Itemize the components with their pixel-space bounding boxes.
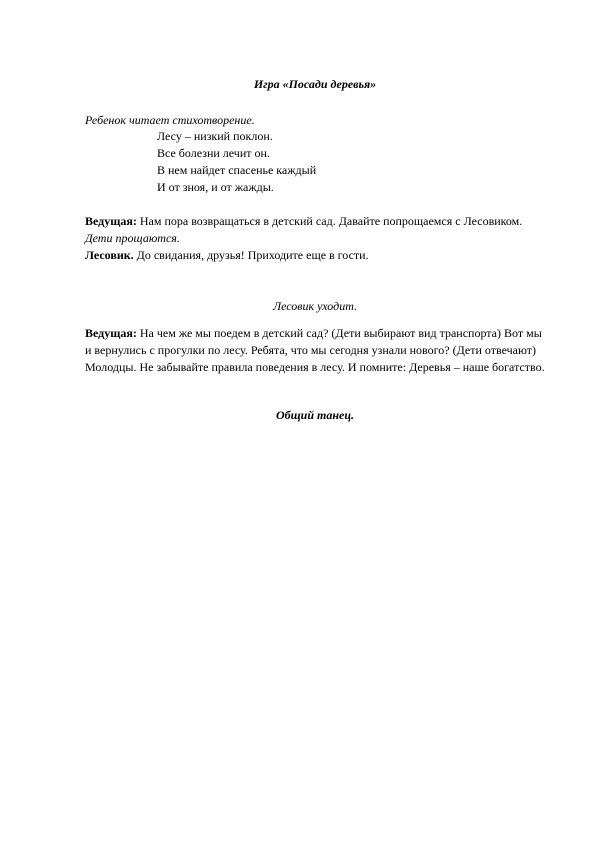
speaker-label: Лесовик. — [85, 248, 134, 262]
dialog-text: Нам пора возвращаться в детский сад. Дав… — [137, 214, 522, 228]
stage-direction-exit: Лесовик уходит. — [85, 298, 545, 315]
dialog-text: На чем же мы поедем в детский сад? (Дети… — [85, 326, 545, 374]
poem: Лесу – низкий поклон. Все болезни лечит … — [157, 128, 316, 196]
speaker-label: Ведущая: — [85, 326, 137, 340]
dialog-paragraph: Ведущая: Нам пора возвращаться в детский… — [85, 213, 545, 230]
poem-line: Все болезни лечит он. — [157, 145, 316, 162]
dialog-section-1: Ведущая: Нам пора возвращаться в детский… — [85, 213, 545, 264]
stage-direction-intro: Ребенок читает стихотворение. — [85, 112, 545, 129]
document-title: Игра «Посади деревья» — [85, 76, 545, 93]
document-page: Игра «Посади деревья» Ребенок читает сти… — [0, 0, 595, 842]
dialog-paragraph: Лесовик. До свидания, друзья! Приходите … — [85, 247, 545, 264]
stage-direction: Дети прощаются. — [85, 230, 545, 247]
dialog-section-2: Ведущая: На чем же мы поедем в детский с… — [85, 325, 545, 376]
closing-direction: Общий танец. — [85, 407, 545, 424]
poem-line: В нем найдет спасенье каждый — [157, 162, 316, 179]
poem-line: Лесу – низкий поклон. — [157, 128, 316, 145]
dialog-paragraph: Ведущая: На чем же мы поедем в детский с… — [85, 325, 545, 376]
speaker-label: Ведущая: — [85, 214, 137, 228]
dialog-text: До свидания, друзья! Приходите еще в гос… — [134, 248, 369, 262]
poem-line: И от зноя, и от жажды. — [157, 179, 316, 196]
